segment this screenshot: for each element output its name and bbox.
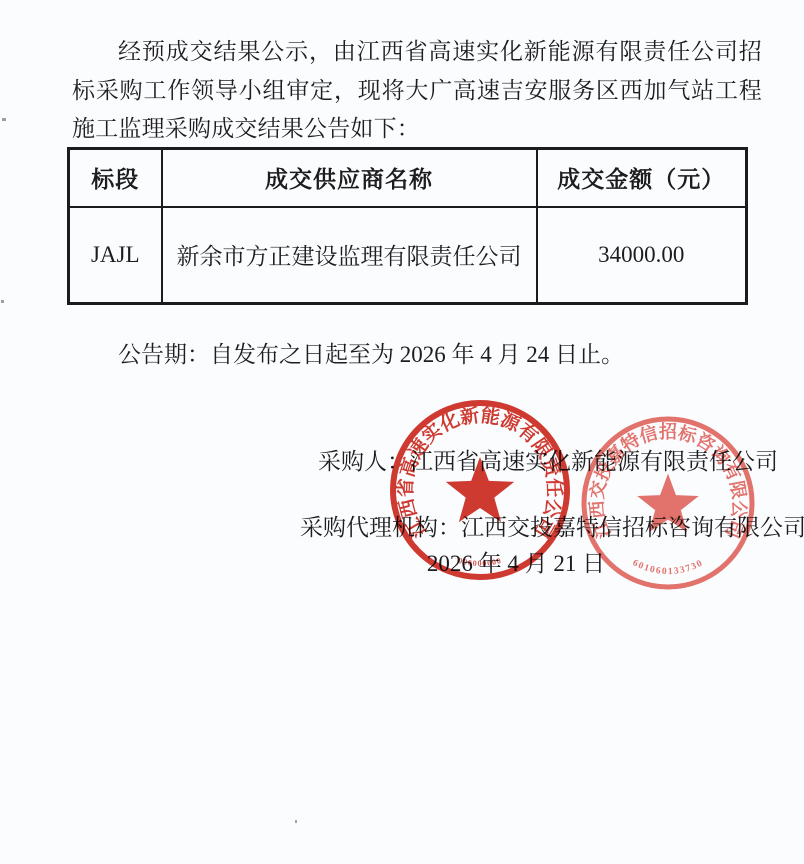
notice-period-line: 公告期：自发布之日起至为 2026 年 4 月 24 日止。 [72, 336, 762, 374]
result-table: 标段 成交供应商名称 成交金额（元） JAJL 新余市方正建设监理有限责任公司 … [67, 147, 748, 305]
agency-line: 采购代理机构：江西交投嘉特信招标咨询有限公司 [300, 509, 804, 542]
cell-supplier: 新余市方正建设监理有限责任公司 [162, 207, 537, 304]
header-row: 标段 成交供应商名称 成交金额（元） [69, 149, 747, 207]
cell-amount: 34000.00 [537, 207, 747, 304]
date-line: 2026 年 4 月 21 日 [300, 545, 732, 578]
header-amount: 成交金额（元） [537, 149, 747, 207]
agency-name: 江西交投嘉特信招标咨询有限公司 [461, 515, 804, 540]
table-row: JAJL 新余市方正建设监理有限责任公司 34000.00 [69, 207, 747, 304]
scan-speck [1, 300, 4, 303]
scan-speck [2, 118, 6, 121]
buyer-line: 采购人：江西省高速实化新能源有限责任公司 [318, 443, 778, 476]
document-page: 经预成交结果公示，由江西省高速实化新能源有限责任公司招标采购工作领导小组审定，现… [0, 0, 804, 864]
buyer-name: 江西省高速实化新能源有限责任公司 [410, 449, 778, 474]
buyer-label: 采购人： [318, 449, 410, 474]
intro-paragraph: 经预成交结果公示，由江西省高速实化新能源有限责任公司招标采购工作领导小组审定，现… [72, 33, 762, 149]
scan-speck [295, 820, 297, 823]
result-table-header: 标段 成交供应商名称 成交金额（元） [69, 149, 747, 207]
cell-section: JAJL [69, 207, 162, 304]
agency-label: 采购代理机构： [300, 515, 461, 540]
header-supplier: 成交供应商名称 [162, 149, 537, 207]
header-section: 标段 [69, 149, 162, 207]
